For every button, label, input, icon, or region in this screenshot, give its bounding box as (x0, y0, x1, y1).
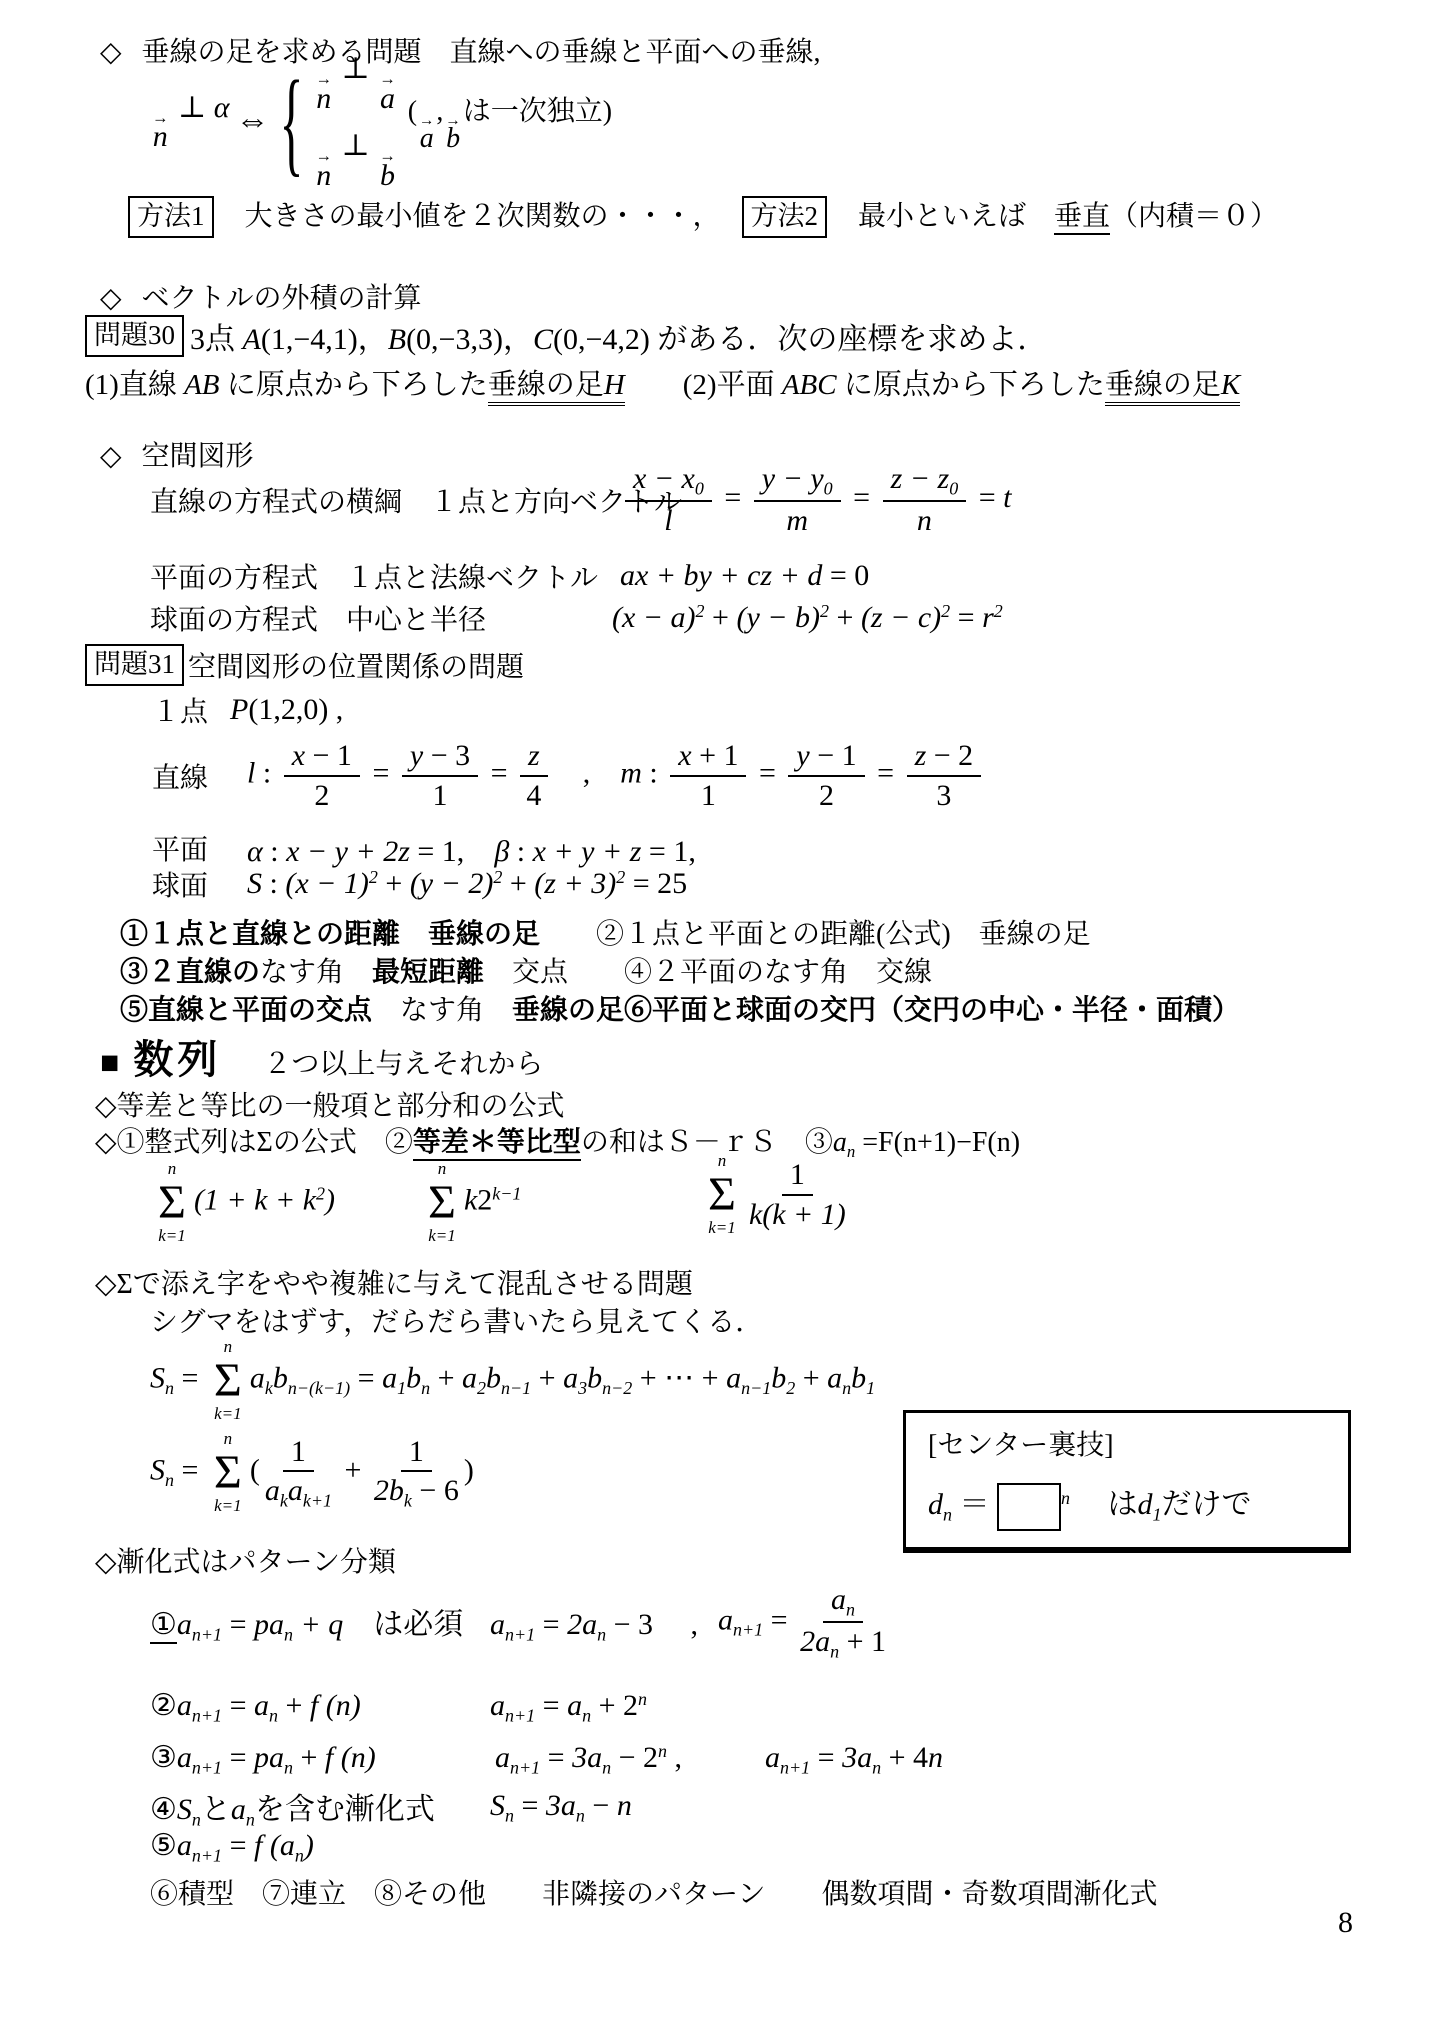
math-subscript: n (246, 1809, 255, 1829)
math-token: (y − b) (736, 601, 820, 634)
math-token: + 2 (591, 1689, 638, 1722)
math-supscript: 2 (820, 601, 829, 621)
fraction: an2an + 1 (800, 1583, 886, 1662)
heading-cross-product: ◇ベクトルの外積の計算 (100, 276, 422, 316)
math-subscript: n+1 (192, 1845, 222, 1865)
math-token: = (535, 1608, 567, 1641)
sphere-equation-row: 球面の方程式 中心と半径 (x − a)2 + (y − b)2 + (z − … (150, 598, 1003, 638)
math-token: 2 (477, 1184, 492, 1217)
math-token: f ( (254, 1829, 280, 1862)
methods-line: 方法1 大きさの最小値を２次関数の・・・， 方法2 最小といえば 垂直（内積＝０… (128, 194, 1278, 238)
math-token: a (831, 1583, 846, 1616)
math-token: S (247, 867, 262, 900)
math-token: a (177, 1741, 192, 1774)
math-token: 3a (572, 1741, 602, 1774)
math-token: ◇①整式列はΣの公式 ② (95, 1127, 413, 1158)
math-token: − 1 (810, 739, 857, 772)
math-token: と (201, 1793, 231, 1826)
math-token: A (243, 323, 261, 356)
math-token: − 6 (412, 1474, 459, 1507)
math-token: − 1 (305, 739, 352, 772)
math-token: 1 (432, 779, 447, 812)
math-token: − 3 (423, 739, 470, 772)
plane-equation-label: 平面の方程式 １点と法線ベクトル (150, 556, 620, 596)
math-supscript: 2 (941, 601, 950, 621)
math-token: z (915, 739, 927, 772)
math-subscript: n+1 (192, 1705, 222, 1725)
math-token: （内積＝０） (1110, 201, 1278, 232)
fraction-numerator: x − x0 (625, 462, 712, 502)
math-subscript: 3 (578, 1378, 587, 1398)
math-token: + (795, 1362, 827, 1395)
fraction-denominator: n (917, 502, 932, 538)
math-token: y (410, 739, 423, 772)
math-token: K (1221, 369, 1240, 406)
math-token: なす角 (260, 957, 372, 988)
math-token: ③ (150, 1741, 177, 1774)
math-token: = (365, 757, 397, 790)
math-token: = (514, 1789, 546, 1822)
math-subscript: n (269, 1705, 278, 1725)
math-token: ＝ (952, 1488, 997, 1521)
vector-symbol: n (153, 122, 168, 152)
fraction-numerator: z (520, 739, 548, 777)
math-token: = (540, 1741, 572, 1774)
heading-cross-product-text: ベクトルの外積の計算 (142, 283, 422, 314)
sphere-s-formula: S : (x − 1)2 + (y − 2)2 + (z + 3)2 = 25 (247, 867, 687, 901)
math-subscript: n+1 (733, 1619, 763, 1639)
math-token: pa (254, 1608, 284, 1641)
math-token: z (528, 739, 540, 772)
math-token: = (222, 1741, 254, 1774)
sphere-s-label: 球面 (152, 864, 247, 904)
math-token: ⑤ (150, 1829, 177, 1862)
document-page: ◇垂線の足を求める問題 直線への垂線と平面への垂線, →n ⊥ α ⇔ { →n… (0, 0, 1434, 2024)
line-equation-label: 直線の方程式の横綱 １点と方向ベクトル (150, 480, 620, 520)
math-token: − 3 , (606, 1608, 698, 1641)
math-token: 垂線の足⑥平面と球面の交円（交円の中心・半径・面積） (512, 995, 1240, 1026)
math-subscript: n (284, 1624, 293, 1644)
math-subscript: k (404, 1491, 412, 1511)
math-subscript: n (943, 1504, 952, 1524)
vector-symbol: a (380, 84, 395, 114)
math-token: =F(n+1)−F(n) (855, 1127, 1020, 1158)
vector: →a (379, 74, 396, 114)
math-supscript: 2 (616, 867, 625, 887)
math-supscript: 2 (696, 601, 705, 621)
math-token: , (667, 1741, 682, 1774)
math-subscript: n+1 (192, 1624, 222, 1644)
math-subscript: n+1 (505, 1624, 535, 1644)
summation: nΣk=1 (708, 1152, 736, 1237)
math-supscript: 2 (316, 1184, 325, 1204)
math-token: a (765, 1741, 780, 1774)
math-token: + (293, 1741, 325, 1774)
planes-label: 平面 (152, 828, 247, 868)
math-token: (0,−4,2) がある．次の座標を求めよ． (553, 323, 1047, 356)
math-token: b (406, 1362, 421, 1395)
math-subscript: n+1 (780, 1757, 810, 1777)
fraction: x − 12 (284, 739, 360, 812)
math-subscript: 2 (786, 1378, 795, 1398)
math-token: (x − 1) (285, 867, 369, 900)
math-token: C (533, 323, 553, 356)
fraction-denominator: 4 (526, 777, 541, 813)
summation: nΣk=1 (428, 1160, 456, 1245)
math-token: a (177, 1608, 192, 1641)
fraction: z − z0n (883, 462, 967, 538)
math-subscript: n (295, 1845, 304, 1865)
fraction: x + 11 (670, 739, 746, 812)
math-token: 最小といえば (858, 201, 1054, 232)
sigma-icon: Σ (158, 1179, 186, 1227)
sum-lower-limit: k=1 (428, 1227, 456, 1246)
lines-lm-row: 直線 l : x − 12 = y − 31 = z4 , m : x + 11… (152, 728, 986, 824)
math-subscript: n (284, 1757, 293, 1777)
problem30-line: 問題30 3点 A(1,−4,1)，B(0,−3,3)，C(0,−4,2) があ… (85, 314, 1047, 358)
summation: nΣk=1 (158, 1160, 186, 1245)
math-token: 3a (842, 1741, 872, 1774)
math-subscript: 0 (824, 478, 833, 498)
recurrence-3-example-a: an+1 = 3an − 2n , (495, 1741, 710, 1778)
math-token: ④ (150, 1793, 177, 1826)
formula-normal-perpendicular: →n ⊥ α ⇔ { →n ⊥ →a →n ⊥ →b (→a,→bは一次独立) (150, 58, 612, 184)
math-token: 1 (790, 1158, 805, 1191)
lines-label: 直線 (152, 756, 247, 796)
math-subscript: n−2 (602, 1378, 632, 1398)
problem30-box: 問題30 (85, 315, 184, 357)
math-token: だけで (1162, 1488, 1252, 1521)
fraction-numerator: y − 1 (788, 739, 864, 777)
lines-formula: l : x − 12 = y − 31 = z4 , m : x + 11 = … (247, 739, 986, 812)
math-token: ( (408, 96, 417, 127)
math-token: a (250, 1362, 265, 1395)
math-token: 最短距離 (372, 957, 484, 988)
math-token: r (982, 601, 994, 634)
line-equation-row: 直線の方程式の横綱 １点と方向ベクトル x − x0l = y − y0m = … (150, 458, 1011, 542)
math-token: t (1003, 481, 1011, 514)
math-token: a (726, 1362, 741, 1395)
math-token: ③２直線の (120, 957, 260, 988)
math-token: = (950, 601, 982, 634)
math-token: = (174, 1362, 206, 1395)
math-token: 1 (291, 1435, 306, 1468)
recurrence-2-pattern: ②an+1 = an + f (n) (150, 1688, 490, 1726)
math-subscript: 1 (1153, 1504, 1162, 1524)
math-subscript: n (597, 1624, 606, 1644)
summation: nΣk=1 (214, 1338, 242, 1423)
math-token: 垂線の足 (1105, 369, 1221, 406)
seq-note-5: ◇漸化式はパターン分類 (95, 1540, 396, 1580)
math-subscript: n+1 (510, 1757, 540, 1777)
fraction-denominator: 3 (936, 777, 951, 813)
math-token: x − x (633, 462, 695, 495)
math-token: を含む漸化式 (255, 1793, 435, 1826)
math-token: = (810, 1741, 842, 1774)
problem30-questions: (1)直線 AB に原点から下ろした垂線の足H (2)平面 ABC に原点から下… (85, 362, 1240, 403)
math-token: + (337, 1454, 369, 1487)
math-token: (z − c) (861, 601, 941, 634)
math-subscript: n (165, 1470, 174, 1490)
seq-note-3: ◇Σで添え字をやや複雑に与えて混乱させる問題 (95, 1262, 693, 1302)
formula-lhs: →n ⊥ α (150, 90, 229, 153)
sigma-icon: Σ (428, 1179, 456, 1227)
math-token: = (535, 1689, 567, 1722)
math-token: ⊥ (334, 129, 377, 162)
math-token: (1 + k + k (194, 1184, 316, 1217)
math-token: ① (150, 1608, 177, 1644)
sphere-s-row: 球面 S : (x − 1)2 + (y − 2)2 + (z + 3)2 = … (152, 864, 687, 904)
math-token: = (350, 1362, 382, 1395)
math-token: a (254, 1689, 269, 1722)
math-token: = (222, 1608, 254, 1641)
math-token: ①１点と直線との距離 垂線の足 (120, 919, 540, 950)
diamond-bullet-icon: ◇ (100, 37, 122, 68)
math-token: (1,2,0) , (248, 693, 343, 726)
problem31-line: 問題31 空間図形の位置関係の問題 (85, 644, 524, 686)
math-token: なす角 (372, 995, 512, 1026)
sigma-example-1: nΣk=1(1 + k + k2) (150, 1160, 335, 1245)
fraction: y − 31 (402, 739, 478, 812)
math-token: b (851, 1362, 866, 1395)
math-subscript: 0 (695, 478, 704, 498)
math-token: = (483, 757, 515, 790)
math-token: f (n) (325, 1741, 376, 1774)
math-token: + ⋯ + (632, 1362, 726, 1395)
math-subscript: n (602, 1757, 611, 1777)
math-token: − 2 (926, 739, 973, 772)
diamond-bullet-icon: ◇ (100, 441, 122, 472)
math-subscript: n (830, 1641, 839, 1661)
math-token: 1 (701, 779, 716, 812)
blank-box (997, 1483, 1061, 1531)
problem31-box: 問題31 (85, 644, 184, 686)
math-token: a (231, 1793, 246, 1826)
recurrence-3-pattern: ③an+1 = pan + f (n) (150, 1740, 495, 1778)
math-token: ) (325, 1184, 335, 1217)
math-token: + (531, 1362, 563, 1395)
math-token: 交点 ④２平面のなす角 交線 (484, 957, 932, 988)
math-token: b (486, 1362, 501, 1395)
math-token: = (971, 481, 1003, 514)
fraction: y − 12 (788, 739, 864, 812)
math-token: ABC (782, 369, 837, 401)
math-token: b (771, 1362, 786, 1395)
summation: nΣk=1 (214, 1430, 242, 1515)
math-token: 2b (374, 1474, 404, 1507)
point-row: １点 P(1,2,0) , (152, 690, 343, 730)
math-token: a (177, 1689, 192, 1722)
fraction: 12bk − 6 (374, 1435, 459, 1511)
fraction: y − y0m (754, 462, 841, 538)
math-token: ⊥ (171, 91, 214, 124)
math-subscript: n (582, 1705, 591, 1725)
condition-1: →n ⊥ →a (313, 51, 397, 114)
sum-lower-limit: k=1 (214, 1405, 242, 1424)
math-token: x (678, 739, 691, 772)
sphere-equation-formula: (x − a)2 + (y − b)2 + (z − c)2 = r2 (612, 601, 1003, 635)
math-subscript: n (505, 1805, 514, 1825)
recurrence-row-6: ⑥積型 ⑦連立 ⑧その他 非隣接のパターン 偶数項間・奇数項間漸化式 (150, 1872, 1157, 1912)
fraction-numerator: x + 1 (670, 739, 746, 777)
math-token: = (846, 481, 878, 514)
math-token: は (1070, 1488, 1138, 1521)
heading-sequences-subtitle: ２つ以上与えそれから (263, 1042, 543, 1082)
problem31-title: 空間図形の位置関係の問題 (188, 645, 524, 685)
method2-text: 最小といえば 垂直（内積＝０） (858, 201, 1278, 232)
sigma-example-2: nΣk=1k2k−1 (420, 1160, 521, 1245)
math-token: + (829, 601, 861, 634)
math-subscript: n (576, 1805, 585, 1825)
vector: →n (315, 151, 332, 191)
sum-lower-limit: k=1 (158, 1227, 186, 1246)
math-supscript: n (1061, 1488, 1070, 1508)
math-token: k(k + 1) (749, 1198, 846, 1231)
math-token: (2)平面 (625, 369, 782, 401)
math-supscript: n (658, 1741, 667, 1761)
fraction: 1akak+1 (265, 1435, 332, 1511)
sigma-icon: Σ (214, 1449, 242, 1497)
math-token: m (620, 757, 642, 790)
center-trick-box: [センター裏技] dn ＝ n はd1だけで (903, 1410, 1351, 1553)
math-token: 2a (800, 1625, 830, 1658)
fraction-denominator: 1 (432, 777, 447, 813)
recurrence-4-pattern: ④Snとanを含む漸化式 (150, 1784, 490, 1830)
math-supscript: 2 (994, 601, 1003, 621)
math-token: a (567, 1689, 582, 1722)
recurrence-row-3: ③an+1 = pan + f (n) an+1 = 3an − 2n , an… (150, 1740, 943, 1778)
math-token: x (292, 739, 305, 772)
vector-symbol: b (446, 125, 460, 153)
sigma-example-3: nΣk=11k(k + 1) (700, 1152, 851, 1237)
math-token: a (490, 1608, 505, 1641)
independence-note: (→a,→bは一次独立) (408, 89, 612, 154)
math-token: S (490, 1789, 505, 1822)
fraction-numerator: 1 (782, 1158, 813, 1196)
math-token: : (255, 757, 278, 790)
math-token: H (604, 369, 625, 406)
math-token: S (177, 1793, 192, 1826)
seq-note-4: シグマをはずす，だらだら書いたら見えてくる． (150, 1300, 763, 1340)
fraction: 1k(k + 1) (749, 1158, 846, 1231)
math-token: a (280, 1829, 295, 1862)
method1-text: 大きさの最小値を２次関数の・・・， (245, 201, 721, 232)
math-token: 1 (409, 1435, 424, 1468)
math-token: a (462, 1362, 477, 1395)
math-token: 3点 (190, 323, 243, 356)
vector: →n (315, 74, 332, 114)
condition-system: →n ⊥ →a →n ⊥ →b (313, 51, 397, 191)
math-supscript: k−1 (492, 1184, 521, 1204)
fraction-denominator: 2an + 1 (800, 1623, 886, 1661)
square-bullet-icon: ■ (100, 1044, 119, 1081)
fraction-denominator: l (664, 502, 672, 538)
math-token: + (378, 867, 410, 900)
math-token: a (177, 1829, 192, 1862)
vector-symbol: n (316, 84, 331, 114)
math-token: = 25 (625, 867, 687, 900)
heading-sequences: ■ 数列 ２つ以上与えそれから (100, 1028, 543, 1085)
fraction-denominator: 2 (314, 777, 329, 813)
fraction: z4 (520, 739, 548, 812)
vector-symbol: a (420, 125, 434, 153)
vector: →a (419, 116, 434, 153)
math-token: a (490, 1689, 505, 1722)
fraction-numerator: 1 (283, 1435, 314, 1473)
math-token: (1,−4,1)， (261, 323, 388, 356)
fraction-numerator: 1 (401, 1435, 432, 1473)
math-token: n (928, 1741, 943, 1774)
sn-convolution-formula: Sn = nΣk=1akbn−(k−1) = a1bn + a2bn−1 + a… (150, 1338, 875, 1423)
vector-symbol: b (380, 161, 395, 191)
math-subscript: k+1 (303, 1491, 332, 1511)
line-equation-formula: x − x0l = y − y0m = z − z0n = t (620, 462, 1011, 538)
sigma-icon: Σ (214, 1357, 242, 1405)
vector: →n (152, 113, 169, 153)
math-token: a (827, 1362, 842, 1395)
sum-lower-limit: k=1 (214, 1497, 242, 1516)
seq-note-1: ◇等差と等比の一般項と部分和の公式 (95, 1084, 565, 1124)
math-token: 垂線の足 (488, 369, 604, 406)
math-token: (z + 3) (534, 867, 616, 900)
math-token: 垂直 (1054, 201, 1110, 235)
math-token: = (222, 1689, 254, 1722)
recurrence-row-4: ④Snとanを含む漸化式 Sn = 3an − n (150, 1784, 632, 1830)
math-subscript: n−1 (501, 1378, 531, 1398)
math-supscript: n (638, 1689, 647, 1709)
point-label: １点 (152, 690, 230, 730)
math-token: pa (254, 1741, 284, 1774)
math-token: ( (250, 1454, 260, 1487)
math-subscript: n+1 (505, 1705, 535, 1725)
math-token: z − z (891, 462, 950, 495)
recurrence-row-2: ②an+1 = an + f (n) an+1 = an + 2n (150, 1688, 647, 1726)
math-token: f (n) (310, 1689, 361, 1722)
recurrence-2-example: an+1 = an + 2n (490, 1689, 647, 1726)
math-token: (y − 2) (410, 867, 494, 900)
math-token: m (786, 504, 808, 537)
fraction: x − x0l (625, 462, 712, 538)
math-subscript: n (842, 1378, 851, 1398)
math-token: : (262, 867, 285, 900)
vector-symbol: n (316, 161, 331, 191)
math-token: + 1 (692, 739, 739, 772)
math-token: a (288, 1474, 303, 1507)
fraction-numerator: an (823, 1583, 863, 1623)
method1-box: 方法1 (128, 196, 214, 238)
fraction-denominator: 2 (819, 777, 834, 813)
math-token: , (553, 757, 621, 790)
math-token: S (150, 1454, 165, 1487)
vector: →b (445, 116, 460, 153)
math-token: b (587, 1362, 602, 1395)
math-token: ② (150, 1689, 177, 1722)
math-token: n (917, 504, 932, 537)
math-token: − 2 (611, 1741, 658, 1774)
fraction-denominator: akak+1 (265, 1472, 332, 1510)
math-token: a (382, 1362, 397, 1395)
center-trick-formula: dn ＝ n はd1だけで (928, 1479, 1330, 1531)
recurrence-1-example-a: an+1 = 2an − 3 , (490, 1599, 718, 1645)
brace-icon: { (279, 53, 303, 189)
math-subscript: 0 (949, 478, 958, 498)
page-number: 8 (1338, 1906, 1353, 1940)
math-token: = (222, 1829, 254, 1862)
fraction-denominator: m (786, 502, 808, 538)
math-subscript: 1 (397, 1378, 406, 1398)
diamond-bullet-icon: ◇ (100, 283, 122, 314)
sn-telescoping-formula: Sn = nΣk=1(1akak+1 + 12bk − 6) (150, 1430, 474, 1515)
